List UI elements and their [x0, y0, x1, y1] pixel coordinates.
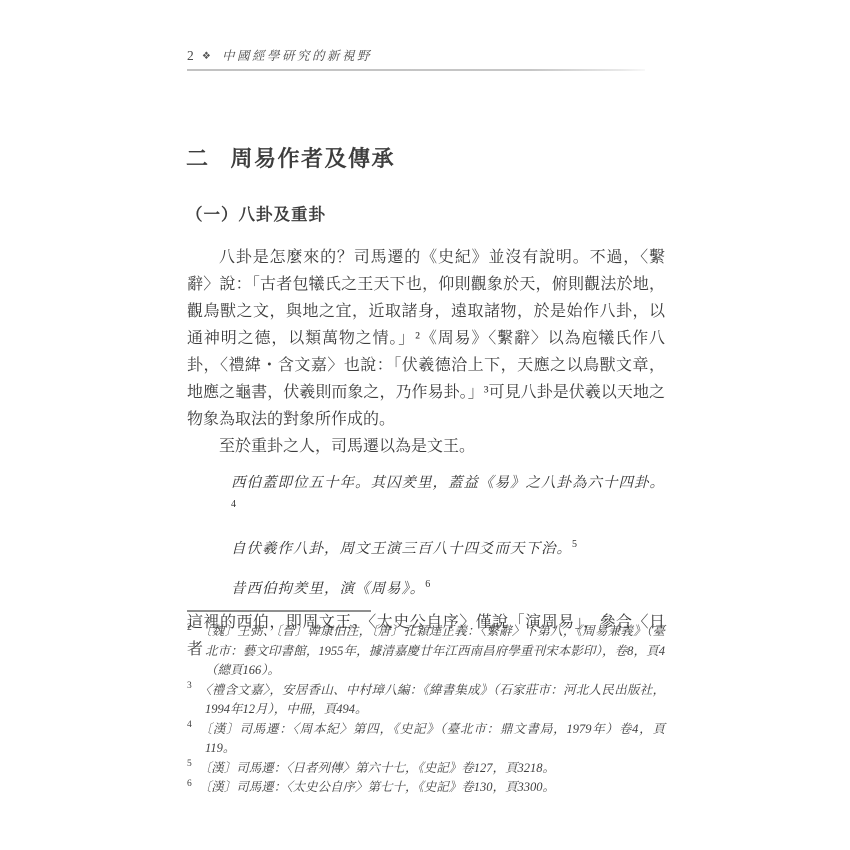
paragraph: 至於重卦之人，司馬遷以為是文王。 — [187, 433, 665, 460]
running-header-line: 2 ❖ 中國經學研究的新視野 — [187, 46, 663, 64]
block-quote: 西伯蓋即位五十年。其囚羑里，蓋益《易》之八卦為六十四卦。4 — [231, 470, 665, 522]
section-number: 二 — [186, 146, 210, 171]
page-number: 2 — [187, 48, 194, 63]
footnote-text: 〔漢〕司馬遷：〈周本紀〉第四，《史記》（臺北市：鼎文書局，1979年）卷4，頁1… — [199, 722, 665, 756]
block-quote: 自伏羲作八卦，周文王演三百八十四爻而天下治。5 — [231, 536, 665, 562]
running-header: 2 ❖ 中國經學研究的新視野 — [187, 46, 663, 71]
footnote: 4〔漢〕司馬遷：〈周本紀〉第四，《史記》（臺北市：鼎文書局，1979年）卷4，頁… — [187, 720, 665, 759]
footnote: 6〔漢〕司馬遷：〈太史公自序〉第七十，《史記》卷130，頁3300。 — [187, 778, 665, 798]
section-heading: 二周易作者及傳承 — [186, 142, 395, 173]
footnote-number: 6 — [187, 779, 192, 789]
paragraph: 八卦是怎麼來的？司馬遷的《史紀》並沒有說明。不過，〈繫辭〉說：「古者包犧氏之王天… — [187, 244, 665, 433]
footnote-reference: 4 — [231, 499, 237, 510]
quote-text: 昔西伯拘羑里，演《周易》。 — [231, 581, 425, 597]
subsection-heading: （一）八卦及重卦 — [186, 201, 326, 225]
block-quote: 昔西伯拘羑里，演《周易》。6 — [231, 576, 665, 602]
footnote-reference: 5 — [572, 539, 578, 550]
header-rule — [187, 69, 645, 71]
book-title: 中國經學研究的新視野 — [222, 49, 372, 63]
footnote: 2〔魏〕王弼、〔晉〕韓康伯注，〔唐〕孔穎達正義：〈繫辭〉下第八，《周易兼義》（臺… — [187, 622, 665, 681]
footnote-number: 5 — [187, 759, 192, 769]
section-title: 周易作者及傳承 — [231, 146, 396, 171]
footnote-text: 〔魏〕王弼、〔晉〕韓康伯注，〔唐〕孔穎達正義：〈繫辭〉下第八，《周易兼義》（臺北… — [199, 624, 665, 677]
diamond-ornament-icon: ❖ — [202, 51, 212, 62]
footnote-text: 〔漢〕司馬遷：〈日者列傳〉第六十七，《史記》卷127，頁3218。 — [199, 761, 555, 775]
quote-text: 西伯蓋即位五十年。其囚羑里，蓋益《易》之八卦為六十四卦。 — [231, 475, 665, 491]
footnotes-section: 2〔魏〕王弼、〔晉〕韓康伯注，〔唐〕孔穎達正義：〈繫辭〉下第八，《周易兼義》（臺… — [187, 610, 665, 798]
footnote-number: 3 — [187, 681, 192, 691]
block-quotes: 西伯蓋即位五十年。其囚羑里，蓋益《易》之八卦為六十四卦。4 自伏羲作八卦，周文王… — [187, 470, 665, 602]
quote-text: 自伏羲作八卦，周文王演三百八十四爻而天下治。 — [231, 541, 572, 557]
footnote-number: 4 — [187, 720, 192, 730]
footnote-number: 2 — [187, 623, 192, 633]
footnote-separator-rule — [187, 610, 371, 612]
footnote-text: 〔漢〕司馬遷：〈太史公自序〉第七十，《史記》卷130，頁3300。 — [199, 780, 555, 794]
footnote: 3〈禮含文嘉〉，安居香山、中村璋八編：《緯書集成》（石家莊市：河北人民出版社，1… — [187, 681, 665, 720]
footnote: 5〔漢〕司馬遷：〈日者列傳〉第六十七，《史記》卷127，頁3218。 — [187, 759, 665, 779]
book-page: 2 ❖ 中國經學研究的新視野 二周易作者及傳承 （一）八卦及重卦 八卦是怎麼來的… — [0, 0, 850, 850]
footnote-reference: 6 — [425, 579, 431, 590]
footnote-text: 〈禮含文嘉〉，安居香山、中村璋八編：《緯書集成》（石家莊市：河北人民出版社，19… — [199, 683, 665, 717]
body-text: 八卦是怎麼來的？司馬遷的《史紀》並沒有說明。不過，〈繫辭〉說：「古者包犧氏之王天… — [187, 244, 665, 663]
